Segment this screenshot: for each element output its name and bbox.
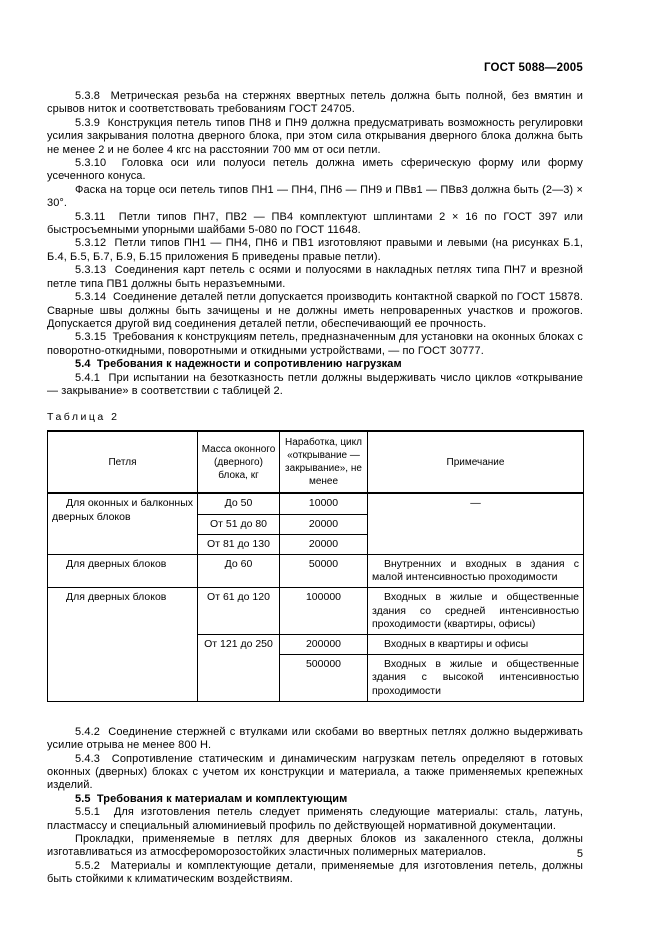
clause-5-3-12: 5.3.12 Петли типов ПН1 — ПН4, ПН6 и ПВ1 … — [47, 237, 583, 264]
page-number: 5 — [577, 848, 583, 860]
clause-5-3-15: 5.3.15 Требования к конструкциям петель,… — [47, 331, 583, 358]
cell-mass: От 81 до 130 — [198, 534, 280, 554]
table-caption: Таблица 2 — [47, 411, 583, 423]
column-header-mass: Масса оконного (дверного) блока, кг — [198, 431, 280, 493]
section-heading-5-4: 5.4 Требования к надежности и сопротивле… — [47, 358, 583, 371]
cell-note: — — [368, 493, 584, 554]
clause-5-3-10: 5.3.10 Головка оси или полуоси петель до… — [47, 157, 583, 184]
clause-5-3-8: 5.3.8 Метрическая резьба на стержнях вве… — [47, 90, 583, 117]
table-row: Для оконных и балконных дверных блоков Д… — [48, 493, 584, 514]
table-row: Для дверных блоков До 60 50000 Внутренни… — [48, 554, 584, 587]
table-row: Для дверных блоков От 61 до 120 100000 В… — [48, 588, 584, 635]
doc-number: ГОСТ 5088—2005 — [47, 62, 583, 74]
cell-note: Входных в жилые и общественные здания с … — [368, 655, 584, 702]
clause-5-5-2: 5.5.2 Материалы и комплектующие детали, … — [47, 860, 583, 887]
clause-5-3-14: 5.3.14 Соединение деталей петли допускае… — [47, 291, 583, 331]
cell-cycles: 50000 — [280, 554, 368, 587]
cell-cycles: 200000 — [280, 634, 368, 654]
cell-hinge-type: Для дверных блоков — [48, 588, 198, 701]
cell-note: Входных в жилые и общественные здания со… — [368, 588, 584, 635]
column-header-hinge: Петля — [48, 431, 198, 493]
cell-cycles: 10000 — [280, 493, 368, 514]
document-body: 5.3.8 Метрическая резьба на стержнях вве… — [47, 90, 583, 887]
cell-mass: От 61 до 120 — [198, 588, 280, 635]
cell-note: Внутренних и входных в здания с малой ин… — [368, 554, 584, 587]
document-page: ГОСТ 5088—2005 5.3.8 Метрическая резьба … — [47, 0, 583, 887]
hinge-cycles-table: Петля Масса оконного (дверного) блока, к… — [47, 430, 584, 701]
cell-note: Входных в квартиры и офисы — [368, 634, 584, 654]
cell-mass: От 121 до 250 — [198, 634, 280, 701]
cell-mass: От 51 до 80 — [198, 514, 280, 534]
clause-5-3-11: 5.3.11 Петли типов ПН7, ПВ2 — ПВ4 компле… — [47, 211, 583, 238]
cell-cycles: 20000 — [280, 514, 368, 534]
clause-5-4-1: 5.4.1 При испытании на безотказность пет… — [47, 372, 583, 399]
cell-mass: До 50 — [198, 493, 280, 514]
clause-5-3-9: 5.3.9 Конструкция петель типов ПН8 и ПН9… — [47, 117, 583, 157]
column-header-cycles: Наработка, цикл «открывание — закрывание… — [280, 431, 368, 493]
clause-5-5-1: 5.5.1 Для изготовления петель следует пр… — [47, 806, 583, 833]
cell-cycles: 500000 — [280, 655, 368, 702]
clause-5-5-1-cont: Прокладки, применяемые в петлях для двер… — [47, 833, 583, 860]
clause-5-4-3: 5.4.3 Сопротивление статическим и динами… — [47, 753, 583, 793]
cell-hinge-type: Для дверных блоков — [48, 554, 198, 587]
table-header-row: Петля Масса оконного (дверного) блока, к… — [48, 431, 584, 493]
column-header-note: Примечание — [368, 431, 584, 493]
section-heading-5-5: 5.5 Требования к материалам и комплектую… — [47, 793, 583, 806]
clause-5-3-13: 5.3.13 Соединения карт петель с осями и … — [47, 264, 583, 291]
cell-cycles: 100000 — [280, 588, 368, 635]
clause-5-3-10-cont: Фаска на торце оси петель типов ПН1 — ПН… — [47, 184, 583, 211]
cell-mass: До 60 — [198, 554, 280, 587]
cell-cycles: 20000 — [280, 534, 368, 554]
cell-hinge-type: Для оконных и балконных дверных блоков — [48, 493, 198, 554]
clause-5-4-2: 5.4.2 Соединение стержней с втулками или… — [47, 726, 583, 753]
